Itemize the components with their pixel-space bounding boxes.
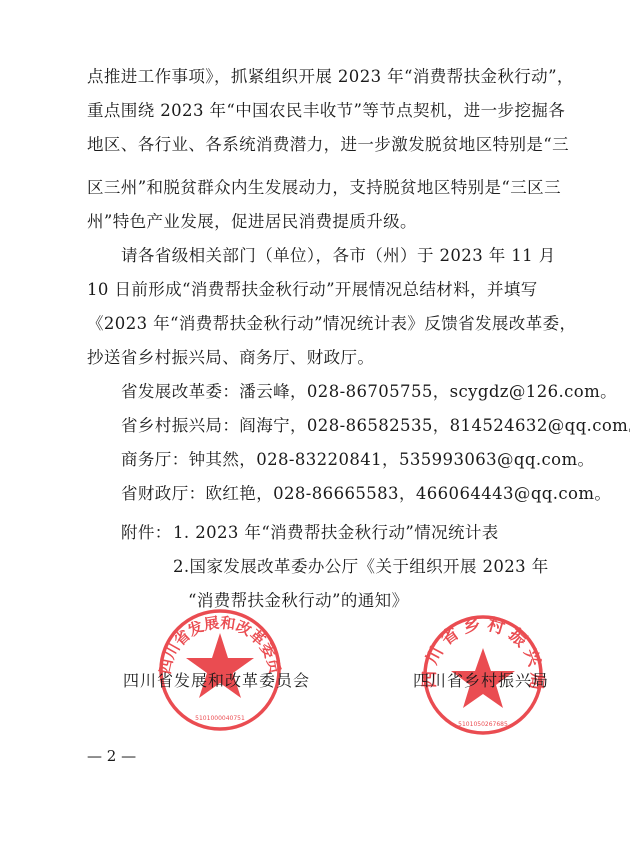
contact-rural: 省乡村振兴局：阎海宁，028-86582535，814524632@qq.com… bbox=[121, 415, 630, 437]
body-line-8: 《2023 年“消费帮扶金秋行动”情况统计表》反馈省发展改革委， bbox=[87, 313, 576, 335]
body-line-1: 点推进工作事项》，抓紧组织开展 2023 年“消费帮扶金秋行动”， bbox=[87, 66, 574, 88]
contact-ndrc: 省发展改革委：潘云峰，028-86705755，scygdz@126.com。 bbox=[121, 381, 617, 403]
body-line-3: 地区、各行业、各系统消费潜力，进一步激发脱贫地区特别是“三 bbox=[87, 134, 569, 156]
body-line-7: 10 日前形成“消费帮扶金秋行动”开展情况总结材料，并填写 bbox=[87, 279, 538, 301]
body-line-6: 请各省级相关部门（单位），各市（州）于 2023 年 11 月 bbox=[121, 245, 556, 267]
signature-ndrc: 四川省发展和改革委员会 bbox=[123, 668, 310, 691]
body-line-9: 抄送省乡村振兴局、商务厅、财政厅。 bbox=[87, 347, 374, 369]
contact-finance: 省财政厅：欧红艳，028-86665583，466064443@qq.com。 bbox=[121, 483, 611, 505]
svg-text:5101050267685: 5101050267685 bbox=[458, 721, 508, 728]
body-line-2: 重点围绕 2023 年“中国农民丰收节”等节点契机，进一步挖掘各 bbox=[87, 100, 565, 122]
body-line-4: 区三州”和脱贫群众内生发展动力，支持脱贫地区特别是“三区三 bbox=[87, 177, 561, 199]
page-number: — 2 — bbox=[87, 747, 136, 765]
signature-rural-revitalization: 四川省乡村振兴局 bbox=[413, 668, 549, 691]
body-line-5: 州”特色产业发展，促进居民消费提质升级。 bbox=[87, 211, 417, 233]
attachment-item-1: 1. 2023 年“消费帮扶金秋行动”情况统计表 bbox=[173, 522, 499, 544]
attachment-item-2: 2.国家发展改革委办公厅《关于组织开展 2023 年 bbox=[173, 556, 549, 578]
contact-commerce: 商务厅：钟其然，028-83220841，535993063@qq.com。 bbox=[121, 449, 594, 471]
attachments-label: 附件： bbox=[121, 522, 172, 544]
svg-text:5101000040751: 5101000040751 bbox=[195, 715, 245, 722]
